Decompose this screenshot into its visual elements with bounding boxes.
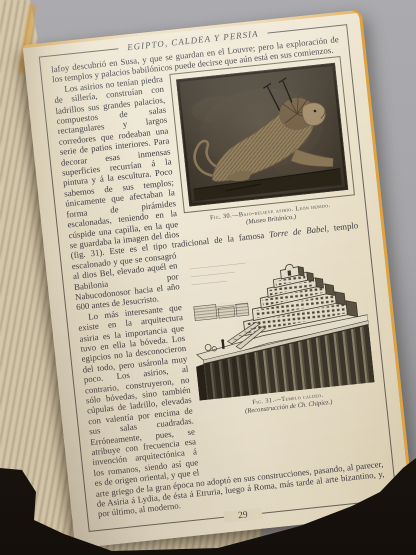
wounded-lion-relief-illustration xyxy=(176,62,349,206)
figure-30-frame xyxy=(169,56,355,213)
figure-31: Fig. 31.—Templo caldeo. (Reconstrucción … xyxy=(184,233,377,422)
figure-30: Fig. 30.—Bajo-relieve asirio. León herid… xyxy=(169,56,357,234)
text-frame: EGIPTO, CALDEA Y PERSIA lafoy descubrió … xyxy=(39,24,397,532)
book-page: EGIPTO, CALDEA Y PERSIA lafoy descubrió … xyxy=(22,10,414,549)
ziggurat-temple-illustration xyxy=(184,233,375,401)
paragraph-1: lafoy descubrió en Susa, y que se guarda… xyxy=(51,34,341,85)
page-number: 29 xyxy=(224,508,263,523)
book-photo: EGIPTO, CALDEA Y PERSIA lafoy descubrió … xyxy=(0,0,416,555)
page-text: lafoy descubrió en Susa, y que se guarda… xyxy=(40,25,396,531)
paragraph-2-mid: , templo xyxy=(326,220,359,233)
